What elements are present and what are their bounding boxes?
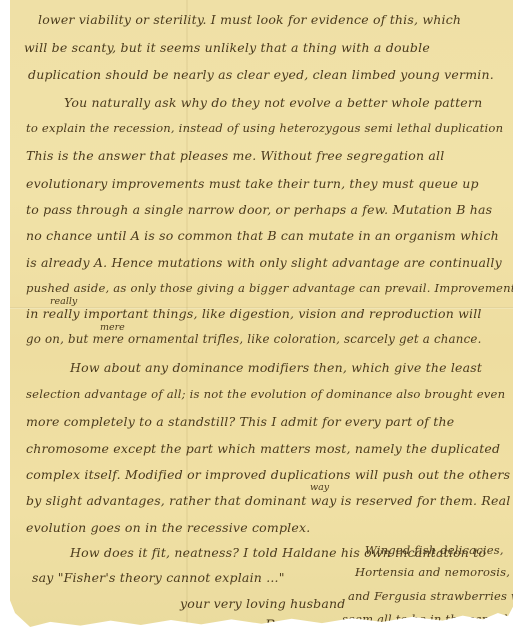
letter-line: say "Fisher's theory cannot explain ..." — [32, 570, 285, 585]
letter-line: pushed aside, as only those giving a big… — [26, 281, 513, 295]
insertion-above-line: way — [310, 482, 329, 493]
letter-line: You naturally ask why do they not evolve… — [64, 95, 482, 110]
letter-line: to pass through a single narrow door, or… — [26, 202, 492, 217]
letter-line: will be scanty, but it seems unlikely th… — [24, 40, 430, 55]
letter-line: by slight advantages, rather that domina… — [26, 493, 510, 508]
letter-line: lower viability or sterility. I must loo… — [38, 12, 461, 27]
letter-line: evolution goes on in the recessive compl… — [26, 520, 310, 535]
letter-closing: your very loving husband — [180, 596, 346, 611]
letter-line: more completely to a standstill? This I … — [26, 414, 454, 429]
letter-line: selection advantage of all; is not the e… — [26, 387, 505, 401]
letter-line: go on, but mere ornamental trifles, like… — [26, 332, 482, 346]
postscript-line: Hortensia and nemorosis, — [355, 565, 510, 579]
postscript-line: Winged fish delicacies, — [365, 543, 504, 557]
letter-page: lower viability or sterility. I must loo… — [10, 0, 513, 632]
postscript-line: and Fergusia strawberries will — [348, 589, 513, 603]
letter-line: in really important things, like digesti… — [26, 306, 482, 321]
signature: Ron — [265, 618, 293, 634]
letter-line: to explain the recession, instead of usi… — [26, 121, 503, 135]
letter-line: How about any dominance modifiers then, … — [70, 360, 482, 375]
letter-line: evolutionary improvements must take thei… — [26, 176, 479, 191]
letter-line: chromosome except the part which matters… — [26, 441, 500, 456]
letter-line: is already A. Hence mutations with only … — [26, 255, 502, 270]
letter-line: duplication should be nearly as clear ey… — [28, 67, 494, 82]
letter-line: no chance until A is so common that B ca… — [26, 228, 499, 243]
letter-line: This is the answer that pleases me. With… — [26, 148, 444, 163]
letter-line: complex itself. Modified or improved dup… — [26, 467, 510, 482]
postscript-line: seem all to be in the same boat. — [342, 612, 513, 626]
